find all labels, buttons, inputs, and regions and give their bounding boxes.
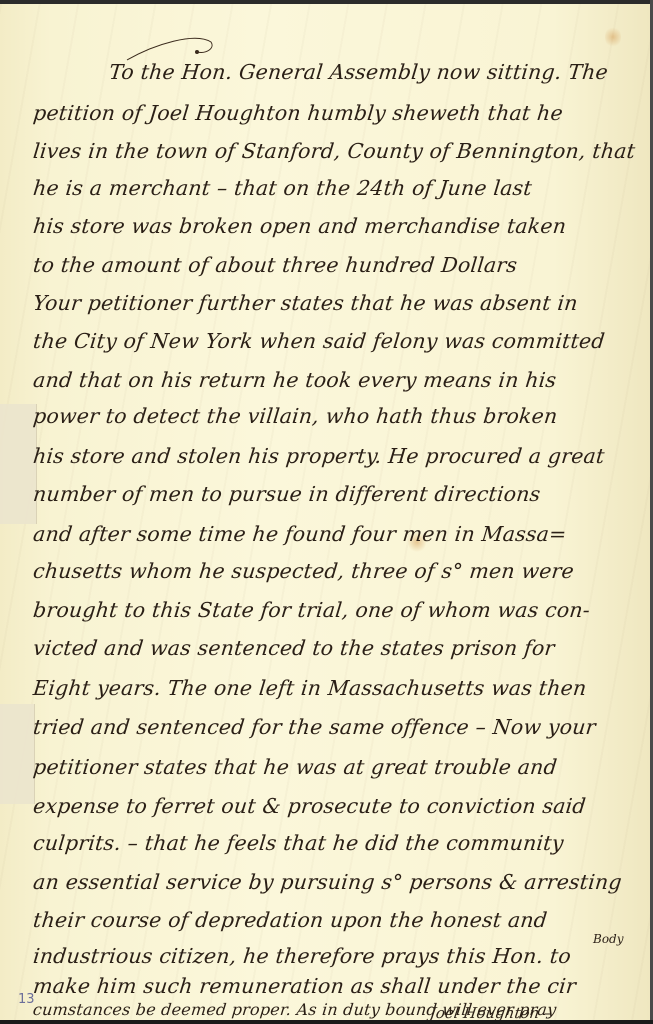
text-line: he is a merchant – that on the 24th of J… bbox=[32, 176, 643, 200]
pen-flourish-icon bbox=[125, 34, 215, 62]
text-line: his store was broken open and merchandis… bbox=[32, 214, 643, 238]
text-line: and that on his return he took every mea… bbox=[32, 368, 643, 392]
page-number: 13 bbox=[18, 992, 35, 1007]
text-line: to the amount of about three hundred Dol… bbox=[32, 253, 643, 277]
text-line: make him such remuneration as shall unde… bbox=[32, 974, 643, 998]
text-line: number of men to pursue in different dir… bbox=[32, 482, 643, 506]
text-line: the City of New York when said felony wa… bbox=[32, 329, 643, 353]
scan-edge-bottom bbox=[0, 1020, 653, 1024]
text-line: culprits. – that he feels that he did th… bbox=[32, 831, 643, 855]
text-line: and after some time he found four men in… bbox=[32, 522, 643, 546]
text-line: Your petitioner further states that he w… bbox=[32, 291, 643, 315]
paper-stain bbox=[605, 26, 621, 48]
text-line: chusetts whom he suspected, three of s° … bbox=[32, 559, 643, 583]
text-line: petition of Joel Houghton humbly sheweth… bbox=[32, 101, 643, 125]
text-line: their course of depredation upon the hon… bbox=[32, 908, 643, 932]
text-line: victed and was sentenced to the states p… bbox=[32, 636, 643, 660]
interlinear-insertion: Body bbox=[593, 932, 624, 946]
text-line: tried and sentenced for the same offence… bbox=[32, 715, 643, 739]
text-line: brought to this State for trial, one of … bbox=[32, 598, 643, 622]
text-line: expense to ferret out & prosecute to con… bbox=[32, 794, 643, 818]
text-line: power to detect the villain, who hath th… bbox=[32, 404, 643, 428]
text-line: Eight years. The one left in Massachuset… bbox=[32, 676, 643, 700]
text-line: industrious citizen, he therefore prays … bbox=[32, 944, 643, 968]
document-page: To the Hon. General Assembly now sitting… bbox=[0, 4, 650, 1020]
text-line: his store and stolen his property. He pr… bbox=[32, 444, 643, 468]
text-line: lives in the town of Stanford, County of… bbox=[32, 139, 643, 163]
signature: Joel Houghton – bbox=[429, 1004, 553, 1020]
paper-fold bbox=[0, 704, 35, 804]
text-line: an essential service by pursuing s° pers… bbox=[32, 870, 643, 894]
text-line: petitioner states that he was at great t… bbox=[32, 755, 643, 779]
text-line: To the Hon. General Assembly now sitting… bbox=[108, 60, 643, 84]
